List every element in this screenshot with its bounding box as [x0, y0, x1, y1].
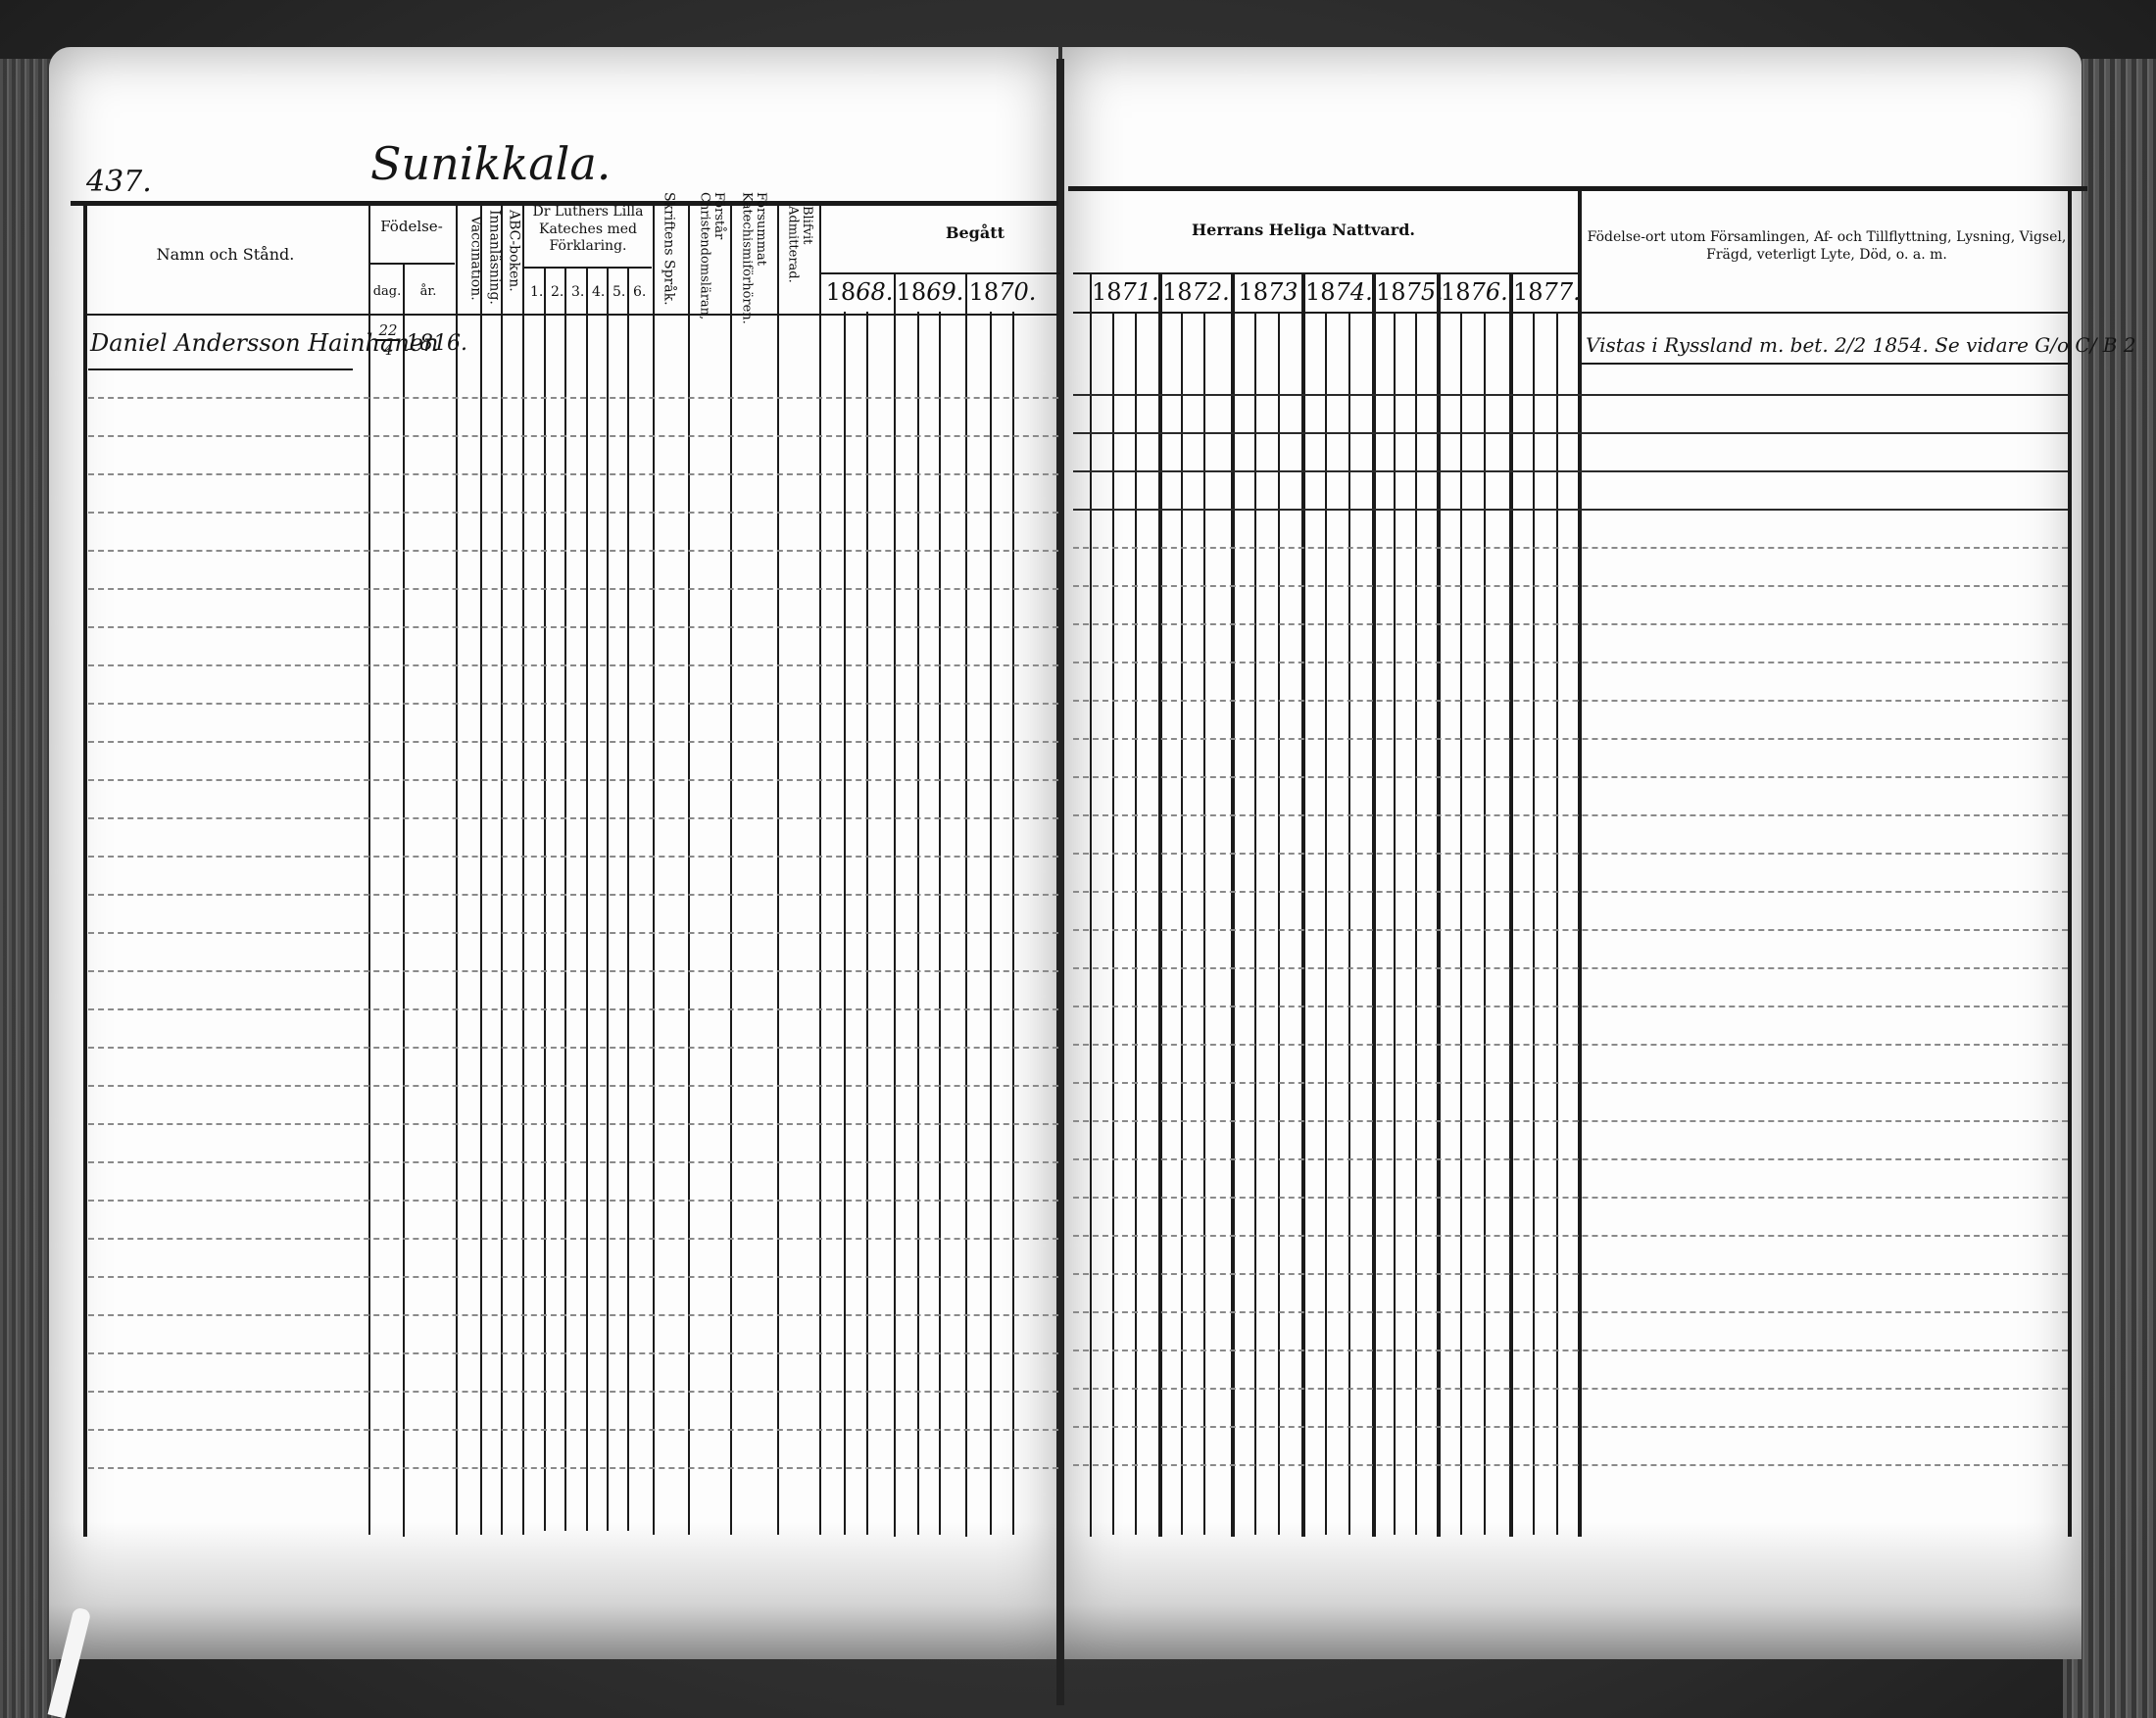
rule	[522, 202, 524, 1535]
village-name: Sunikkala.	[370, 137, 611, 190]
header-bottom-rule-right	[1073, 312, 2071, 314]
year-1873: 1873	[1235, 278, 1301, 306]
rule	[866, 312, 868, 1535]
header-bottom-rule-left	[83, 314, 1058, 316]
rule	[627, 267, 629, 1531]
ruled-line	[1073, 1082, 2068, 1084]
rule-remarks-left	[1578, 188, 1582, 1537]
ruled-line	[1073, 738, 2068, 740]
rule	[965, 272, 967, 1537]
ruled-line	[88, 1008, 1058, 1010]
rule	[844, 312, 846, 1535]
ruled-line	[88, 626, 1058, 628]
col-header-remarks: Födelse-ort utom Församlingen, Af- och T…	[1582, 229, 2072, 264]
entry-birth-day: 22	[376, 321, 400, 341]
year-suffix: 72.	[1193, 278, 1230, 306]
catechism-part-4: 4.	[592, 284, 605, 300]
ruled-line	[1073, 814, 2068, 816]
year-prefix: 18	[1162, 278, 1193, 306]
entry-birth-month: 4	[376, 341, 400, 359]
year-suffix: 69.	[926, 278, 963, 306]
col-header-catechism: Dr Luthers Lilla Kateches med Förklaring…	[525, 204, 651, 256]
ruled-line	[1073, 547, 2068, 549]
ruled-line	[88, 817, 1058, 819]
ruled-line	[1073, 432, 2068, 434]
ruled-line	[1073, 585, 2068, 587]
remarks-underline	[1580, 363, 2068, 365]
ruled-line	[88, 779, 1058, 781]
ruled-line	[1073, 509, 2068, 511]
ruled-line	[88, 894, 1058, 896]
ruled-line	[1073, 1464, 2068, 1466]
ruled-line	[1073, 891, 2068, 893]
ruled-line	[88, 1467, 1058, 1469]
year-1876: 1876.	[1441, 278, 1505, 306]
ruled-line	[88, 435, 1058, 437]
ruled-line	[1073, 776, 2068, 778]
ruled-line	[88, 1391, 1058, 1393]
rule	[894, 272, 896, 1537]
col-header-missed: Försummat Katechismiförhören.	[732, 192, 767, 315]
ruled-line	[1073, 1311, 2068, 1313]
rule-right-border	[2068, 188, 2072, 1537]
remarks-header-line1: Födelse-ort utom Församlingen, Af- och T…	[1582, 229, 2072, 247]
ruled-line	[1073, 1044, 2068, 1046]
ruled-line	[88, 856, 1058, 858]
ruled-line	[88, 1276, 1058, 1278]
ruled-line	[88, 1085, 1058, 1087]
col-header-birth-year: år.	[404, 284, 453, 300]
ruled-line	[88, 588, 1058, 590]
year-1869: 1869.	[896, 278, 964, 306]
rule	[456, 202, 458, 1535]
rule	[1437, 272, 1441, 1537]
ruled-line	[1073, 1006, 2068, 1007]
year-1872: 1872.	[1162, 278, 1229, 306]
ruled-line	[88, 1161, 1058, 1163]
ruled-line	[88, 550, 1058, 552]
rule-left-border	[83, 204, 87, 1537]
catechism-part-6: 6.	[633, 284, 646, 300]
ruled-line	[1073, 853, 2068, 855]
rule	[544, 267, 546, 1531]
ruled-line	[88, 1047, 1058, 1049]
ruled-line	[88, 932, 1058, 934]
year-prefix: 18	[1305, 278, 1336, 306]
ruled-line	[88, 1238, 1058, 1240]
year-prefix: 18	[969, 278, 1000, 306]
ruled-line	[88, 970, 1058, 972]
catechism-part-5: 5.	[612, 284, 625, 300]
remarks-header-line2: Frägd, veterligt Lyte, Död, o. a. m.	[1582, 247, 2072, 265]
page-stain	[49, 1522, 1058, 1659]
ruled-line	[88, 473, 1058, 475]
ruled-line	[1073, 1273, 2068, 1275]
rule	[821, 272, 1060, 274]
ruled-line	[1073, 967, 2068, 969]
ruled-line	[88, 1123, 1058, 1125]
ruled-line	[88, 1200, 1058, 1202]
rule	[586, 267, 588, 1531]
rule	[688, 202, 690, 1535]
ruled-line	[1073, 1197, 2068, 1199]
rule	[1073, 272, 1578, 274]
rule	[368, 202, 370, 1535]
ruled-line	[1073, 662, 2068, 663]
ruled-line	[1073, 1388, 2068, 1390]
entry-birth-daymonth: 22 4	[376, 321, 400, 359]
year-suffix: 76.	[1471, 278, 1508, 306]
year-suffix: 74.	[1336, 278, 1373, 306]
ruled-line	[88, 1314, 1058, 1316]
year-prefix: 18	[897, 278, 927, 306]
ruled-line	[1073, 394, 2068, 396]
col-header-scripture: Skriftens Språk.	[661, 192, 675, 315]
year-1868: 1868.	[825, 278, 894, 306]
ruled-line	[1073, 700, 2068, 702]
ruled-line	[1073, 1426, 2068, 1428]
ruled-line	[88, 512, 1058, 514]
col-header-admitted: Blifvit Admitterad.	[780, 206, 813, 314]
ruled-line	[1073, 1350, 2068, 1351]
rule	[777, 202, 779, 1535]
rule	[1372, 272, 1376, 1537]
ruled-line	[88, 741, 1058, 743]
col-header-reading: Innanläsning.	[486, 210, 501, 318]
ruled-line	[88, 397, 1058, 399]
year-suffix: 73	[1268, 278, 1298, 306]
rule	[1012, 312, 1014, 1535]
rule	[501, 202, 503, 1535]
col-header-communion-title: Herrans Heliga Nattvard.	[1156, 221, 1450, 240]
year-prefix: 18	[1513, 278, 1543, 306]
ruled-line	[88, 1429, 1058, 1431]
catechism-part-3: 3.	[571, 284, 584, 300]
year-suffix: 70.	[999, 278, 1036, 306]
ruled-line	[1073, 929, 2068, 931]
year-1871: 1871.	[1092, 278, 1158, 306]
year-suffix: 71.	[1122, 278, 1159, 306]
rule	[1301, 272, 1305, 1537]
ruled-line	[88, 664, 1058, 666]
rule	[564, 267, 566, 1531]
col-header-name: Namn och Stånd.	[98, 245, 353, 265]
col-header-understands: Förstår Christendomsläran,	[690, 192, 725, 315]
ruled-line	[1073, 1158, 2068, 1160]
catechism-part-2: 2.	[551, 284, 563, 300]
year-1877: 1877.	[1513, 278, 1578, 306]
year-prefix: 18	[1092, 278, 1122, 306]
col-header-birth: Födelse-	[370, 218, 453, 236]
year-1870: 1870.	[968, 278, 1037, 306]
rule	[653, 202, 655, 1535]
ruled-line	[88, 703, 1058, 705]
page-stain	[1062, 1522, 2082, 1659]
entry-birth-year: 1816.	[406, 331, 467, 356]
rule	[1090, 272, 1092, 1537]
col-header-abc: ABC-boken.	[506, 210, 520, 318]
ruled-line	[1073, 623, 2068, 625]
rule	[990, 312, 992, 1535]
rule	[819, 202, 821, 1535]
rule	[730, 202, 732, 1535]
year-suffix: 77.	[1543, 278, 1581, 306]
rule	[939, 312, 941, 1535]
year-prefix: 18	[1376, 278, 1406, 306]
col-header-communion-left: Begått	[921, 223, 1029, 243]
name-underline	[88, 368, 353, 370]
rule	[403, 263, 405, 1537]
rule	[480, 202, 482, 1535]
rule	[607, 267, 609, 1531]
rule	[1158, 272, 1162, 1537]
year-suffix: 68.	[856, 278, 893, 306]
page-number: 437.	[86, 165, 152, 199]
year-1874: 1874.	[1305, 278, 1372, 306]
col-header-birth-day: dag.	[372, 284, 402, 300]
ruled-line	[1073, 1235, 2068, 1237]
year-1875: 1875.	[1376, 278, 1441, 306]
ruled-line	[88, 1352, 1058, 1354]
rule	[917, 312, 919, 1535]
catechism-part-1: 1.	[530, 284, 543, 300]
rule	[370, 263, 455, 265]
ruled-line	[1073, 1120, 2068, 1122]
rule	[1509, 272, 1513, 1537]
entry-remarks: Vistas i Ryssland m. bet. 2/2 1854. Se v…	[1586, 333, 2136, 357]
book-spine	[1056, 59, 1064, 1705]
year-prefix: 18	[1441, 278, 1471, 306]
rule	[1231, 272, 1235, 1537]
ruled-line	[1073, 470, 2068, 472]
year-prefix: 18	[826, 278, 857, 306]
year-prefix: 18	[1238, 278, 1268, 306]
